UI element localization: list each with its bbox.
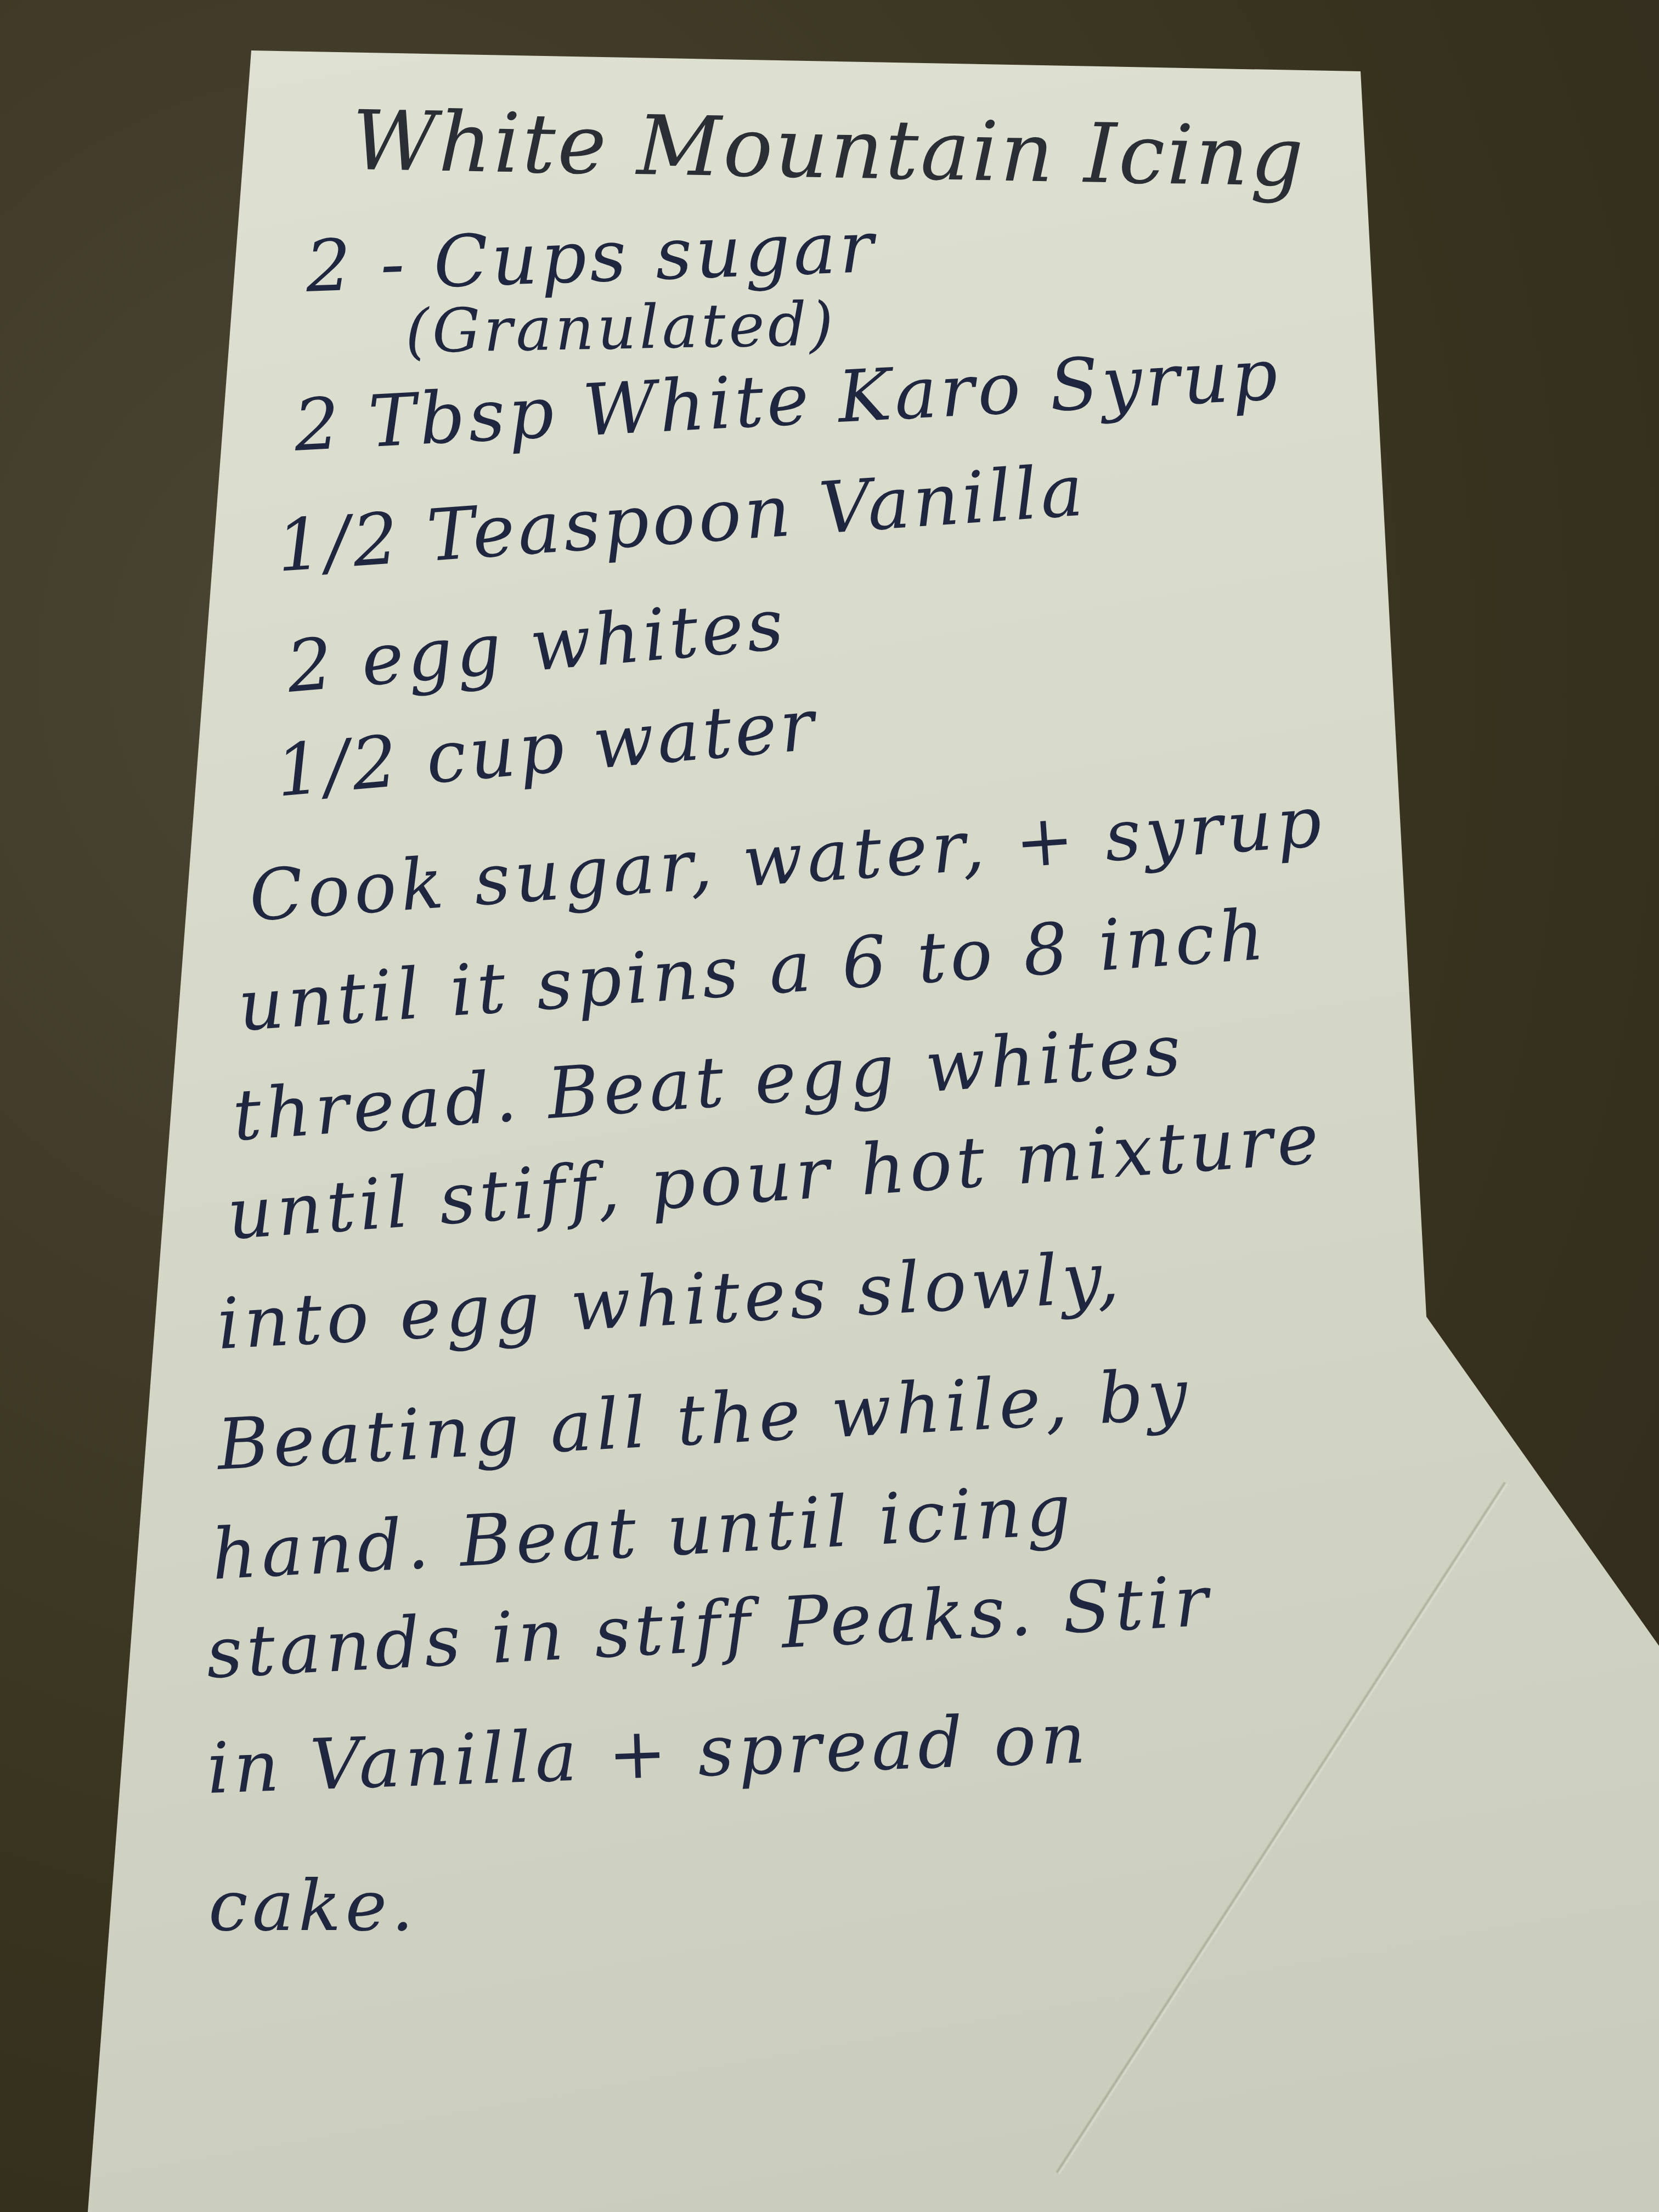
ingredient-sugar-note: (Granulated): [405, 289, 837, 366]
instruction-line-10: cake.: [208, 1865, 418, 1947]
recipe-title: White Mountain Icing: [351, 93, 1306, 205]
